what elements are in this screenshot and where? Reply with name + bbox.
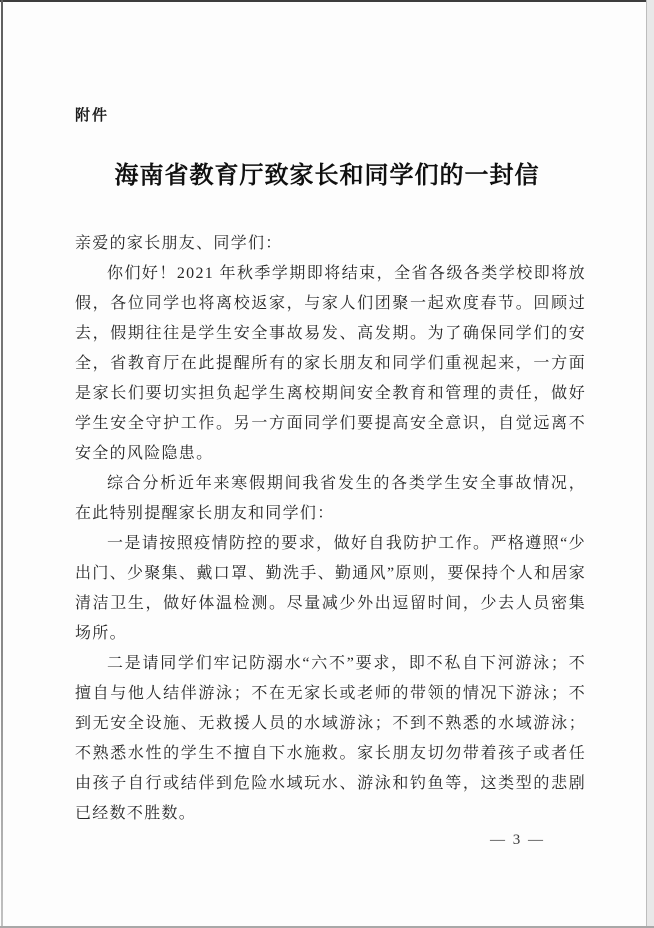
scan-edge-top (0, 0, 654, 2)
letter-body: 亲爱的家长朋友、同学们： 你们好！2021 年秋季学期即将结束，全省各级各类学校… (75, 229, 586, 829)
letter-paragraph-point-two: 二是请同学们牢记防溺水“六不”要求，即不私自下河游泳；不擅自与他人结伴游泳；不在… (75, 649, 586, 829)
attachment-label: 附件 (75, 106, 109, 126)
scan-edge-right (646, 0, 654, 928)
letter-paragraph-intro: 你们好！2021 年秋季学期即将结束，全省各级各类学校即将放假，各位同学也将离校… (75, 259, 586, 469)
letter-paragraph-point-one: 一是请按照疫情防控的要求，做好自我防护工作。严格遵照“少出门、少聚集、戴口罩、勤… (75, 529, 586, 649)
page-number: — 3 — (0, 830, 545, 850)
scanned-letter-page: 附件 海南省教育厅致家长和同学们的一封信 亲爱的家长朋友、同学们： 你们好！20… (0, 0, 654, 928)
letter-salutation: 亲爱的家长朋友、同学们： (75, 229, 586, 259)
scan-edge-left (1, 0, 3, 928)
letter-paragraph-summary: 综合分析近年来寒假期间我省发生的各类学生安全事故情况，在此特别提醒家长朋友和同学… (75, 469, 586, 529)
letter-title: 海南省教育厅致家长和同学们的一封信 (0, 160, 654, 192)
